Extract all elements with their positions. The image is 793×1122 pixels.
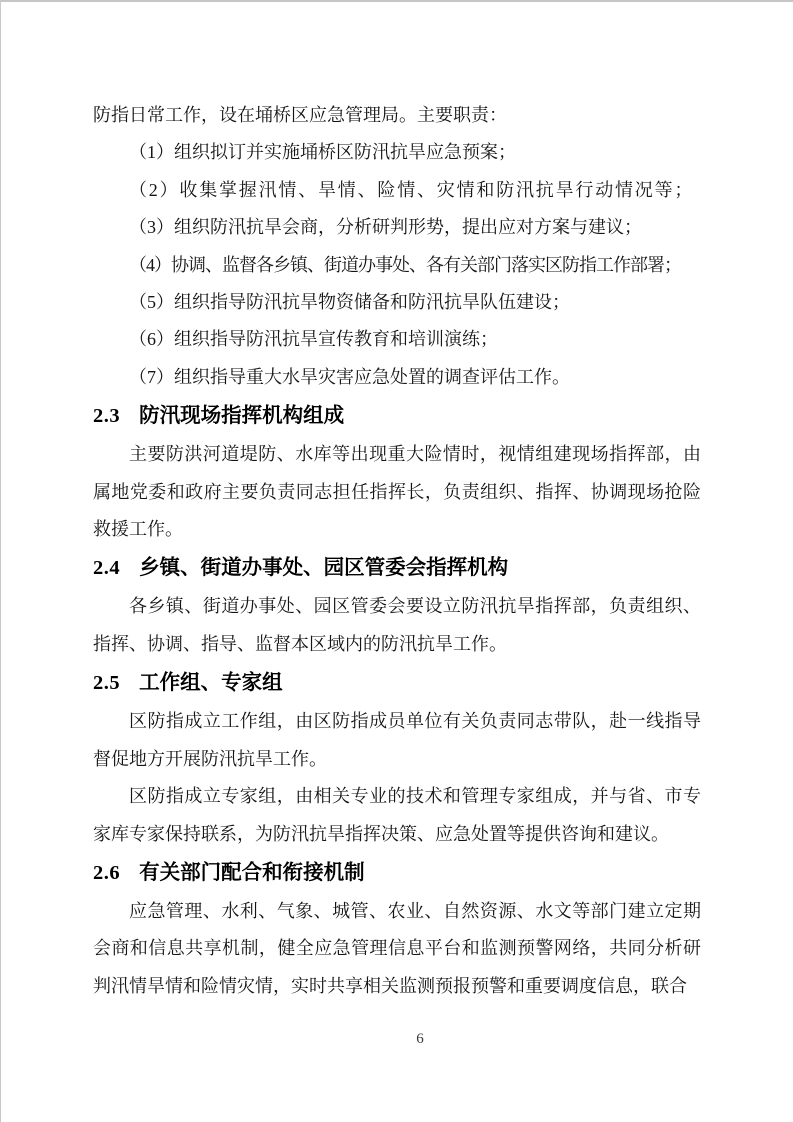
section-2-5-paragraph-1: 区防指成立工作组，由区防指成员单位有关负责同志带队，赴一线指导督促地方开展防汛抗… [93, 703, 701, 778]
section-2-3-paragraph: 主要防洪河道堤防、水库等出现重大险情时，视情组建现场指挥部，由属地党委和政府主要… [93, 436, 701, 548]
list-item-2: （2）收集掌握汛情、旱情、险情、灾情和防汛抗旱行动情况等； [93, 172, 701, 209]
section-2-5-paragraph-2: 区防指成立专家组，由相关专业的技术和管理专家组成，并与省、市专家库专家保持联系，… [93, 778, 701, 853]
list-item-5: （5）组织指导防汛抗旱物资储备和防汛抗旱队伍建设； [93, 284, 701, 321]
page-content: 防指日常工作，设在埇桥区应急管理局。主要职责： （1）组织拟订并实施埇桥区防汛抗… [93, 97, 701, 1005]
section-number: 2.5 [93, 672, 120, 694]
section-heading-2-5: 2.5工作组、专家组 [93, 663, 701, 703]
section-heading-2-3: 2.3防汛现场指挥机构组成 [93, 396, 701, 436]
section-heading-2-4: 2.4乡镇、街道办事处、园区管委会指挥机构 [93, 548, 701, 588]
paragraph-intro: 防指日常工作，设在埇桥区应急管理局。主要职责： [93, 97, 701, 134]
list-item-6: （6）组织指导防汛抗旱宣传教育和培训演练； [93, 321, 701, 358]
section-number: 2.3 [93, 405, 120, 427]
section-title: 防汛现场指挥机构组成 [139, 405, 344, 427]
list-item-4: （4）协调、监督各乡镇、街道办事处、各有关部门落实区防指工作部署； [93, 247, 701, 284]
page-number: 6 [1, 1031, 793, 1048]
document-page: 防指日常工作，设在埇桥区应急管理局。主要职责： （1）组织拟订并实施埇桥区防汛抗… [0, 0, 793, 1122]
list-item-7: （7）组织指导重大水旱灾害应急处置的调查评估工作。 [93, 359, 701, 396]
list-item-1: （1）组织拟订并实施埇桥区防汛抗旱应急预案； [93, 134, 701, 171]
section-title: 工作组、专家组 [139, 672, 283, 694]
section-number: 2.4 [93, 557, 120, 579]
list-item-3: （3）组织防汛抗旱会商，分析研判形势，提出应对方案与建议； [93, 209, 701, 246]
section-2-6-paragraph: 应急管理、水利、气象、城管、农业、自然资源、水文等部门建立定期会商和信息共享机制… [93, 893, 701, 1005]
section-2-4-paragraph: 各乡镇、街道办事处、园区管委会要设立防汛抗旱指挥部，负责组织、指挥、协调、指导、… [93, 588, 701, 663]
section-heading-2-6: 2.6有关部门配合和衔接机制 [93, 853, 701, 893]
section-number: 2.6 [93, 862, 120, 884]
section-title: 有关部门配合和衔接机制 [139, 862, 365, 884]
section-title: 乡镇、街道办事处、园区管委会指挥机构 [139, 557, 508, 579]
